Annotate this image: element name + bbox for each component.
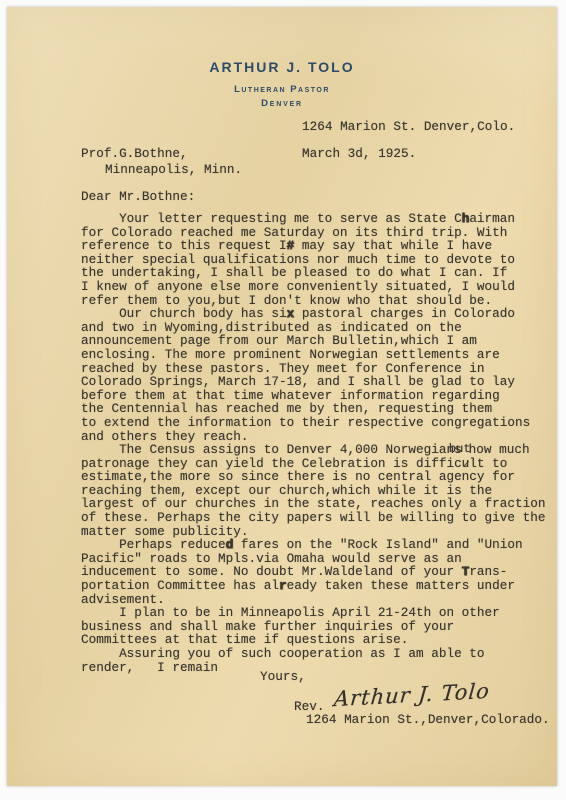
body-line: neither special qualifications nor much … — [81, 253, 545, 267]
body-line: Assuring you of such cooperation as I am… — [81, 647, 545, 661]
body-line: for Colorado reached me Saturday on its … — [81, 226, 545, 240]
body-line: Colorado Springs, March 17-18, and I sha… — [81, 375, 545, 389]
body-line: and two in Wyoming,distributed as indica… — [81, 321, 545, 335]
closing-address: 1264 Marion St.,Denver,Colorado. — [306, 712, 550, 727]
overstruck-character: x — [287, 306, 295, 321]
recipient-city: Minneapolis, Minn. — [105, 162, 242, 177]
body-line: the undertaking, I shall be pleased to d… — [81, 266, 545, 280]
body-line: Our church body has six pastoral charges… — [81, 307, 545, 321]
salutation: Dear Mr.Bothne: — [81, 189, 195, 204]
body-line: to extend the information to their respe… — [81, 416, 545, 430]
body-line: enclosing. The more prominent Norwegian … — [81, 348, 545, 362]
letter-date: March 3d, 1925. — [302, 146, 416, 161]
body-line: matter some publicity. — [81, 525, 545, 539]
body-line: I plan to be in Minneapolis April 21-24t… — [81, 606, 545, 620]
body-line: inducement to some. No doubt Mr.Waldelan… — [81, 565, 545, 579]
letterhead-city: Denver — [7, 98, 557, 109]
body-line: advisement. — [81, 593, 545, 607]
body-line: I knew of anyone else more conveniently … — [81, 280, 545, 294]
body-line: before them at that time whatever inform… — [81, 389, 545, 403]
body-line: reached by these pastors. They meet for … — [81, 362, 545, 376]
body-line: estimate,the more so since there is no c… — [81, 470, 545, 484]
letterhead-title: Lutheran Pastor — [7, 84, 557, 95]
closing-yours: Yours, — [260, 669, 306, 684]
body-line: Committees at that time if questions ari… — [81, 633, 545, 647]
body-line: reaching them, except our church,which w… — [81, 484, 545, 498]
body-line: largest of our churches in the state, re… — [81, 497, 545, 511]
body-line: of these. Perhaps the city papers will b… — [81, 511, 545, 525]
return-address: 1264 Marion St. Denver,Colo. — [302, 119, 515, 134]
overstruck-character: r — [279, 578, 287, 593]
body-line: the Centennial has reached me by then, r… — [81, 402, 545, 416]
body-line: render, I remain — [81, 661, 545, 675]
overstruck-character: d — [226, 537, 234, 552]
body-line: patronage they can yield the Celebration… — [81, 457, 545, 471]
body-lines: Your letter requesting me to serve as St… — [81, 212, 545, 674]
letter-page: ARTHUR J. TOLO Lutheran Pastor Denver 12… — [7, 7, 557, 786]
scan-background: ARTHUR J. TOLO Lutheran Pastor Denver 12… — [0, 0, 566, 800]
body-line: portation Committee has already taken th… — [81, 579, 545, 593]
body-line: business and shall make further inquirie… — [81, 620, 545, 634]
body-line: announcement page from our March Bulleti… — [81, 334, 545, 348]
overstruck-character: h — [462, 211, 470, 226]
body-line: Pacific" roads to Mpls.via Omaha would s… — [81, 552, 545, 566]
overstruck-character: # — [287, 238, 295, 253]
body-line: Your letter requesting me to serve as St… — [81, 212, 545, 226]
body-line: Perhaps reduced fares on the "Rock Islan… — [81, 538, 545, 552]
body-line: reference to this request I# may say tha… — [81, 239, 545, 253]
letterhead-name: ARTHUR J. TOLO — [7, 59, 557, 75]
handwritten-signature: Arthur J. Tolo — [334, 679, 492, 711]
body-line: refer them to you,but I don't know who t… — [81, 294, 545, 308]
body-line: and others they reach. — [81, 430, 545, 444]
recipient-name: Prof.G.Bothne, — [81, 146, 188, 161]
body-line: The Census assigns to Denver 4,000 Norwe… — [81, 443, 545, 457]
